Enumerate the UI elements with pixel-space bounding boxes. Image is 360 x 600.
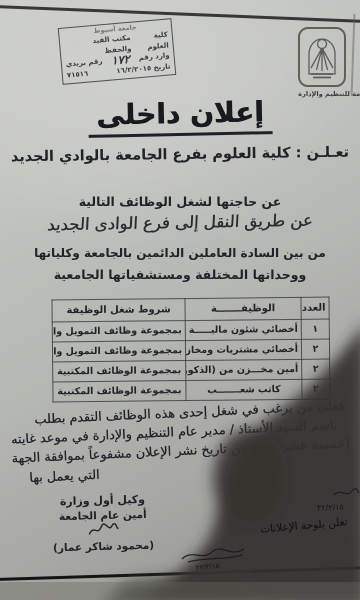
header-position: الوظيفـــــــة: [185, 297, 301, 320]
table-row: ٢ كاتب شعـــــــب بمجموعة الوظائف المكتب…: [53, 379, 330, 402]
intro-line-eligible-staff: من بين السادة العاملين الدائمين بالجامعة…: [0, 246, 360, 260]
row-position: أمين مخـــزن من (الذكور): [186, 359, 302, 380]
signature-scribble-icon: [86, 522, 120, 538]
intro-line-transfer-handwritten: عن طريق النقل إلى فرع الوادى الجديد: [0, 210, 360, 235]
row-requirement: بمجموعة الوظائف المكتبية: [53, 381, 186, 402]
table-header-row: العدد الوظيفـــــــة شروط شغل الوظيفة: [52, 297, 329, 322]
signature-block: وكيل أول وزارة أمين عام الجامعة (محمود ش…: [27, 492, 178, 555]
annotation-date: ٢٢/٢/١٥: [317, 503, 344, 513]
intro-line-need: عن حاجتها لشغل الوظائف التالية: [0, 194, 360, 209]
intro-line-units: ووحداتها المختلفة ومستشفياتها الجامعية: [0, 267, 360, 282]
row-count: ٢: [302, 359, 330, 379]
announcement-title: إعلان داخلى: [88, 95, 272, 138]
row-position: أخصائي شئون ماليـــــة: [185, 319, 301, 340]
header-count: العدد: [301, 297, 329, 319]
header-requirements: شروط شغل الوظيفة: [52, 299, 185, 322]
stamp-college-label: كلية العلوم: [130, 30, 169, 53]
photocopy-bottom-edge-line: [0, 566, 360, 581]
university-emblem-icon: [298, 27, 346, 87]
photocopy-top-edge-line: [0, 5, 360, 23]
row-count: ١: [301, 319, 329, 339]
row-count: ٢: [302, 379, 330, 399]
row-requirement: بمجموعة الوظائف المكتبية: [53, 361, 186, 382]
registry-stamp: جامعة أسيوط كلية العلوم مكتب القيد والحف…: [58, 18, 177, 85]
paper-crease-line: [351, 14, 355, 96]
closing-line-4: التي يعمل بها: [29, 468, 100, 486]
closing-paragraph-handwritten: فعلى من يرغب في شغل إحدى هذه الوظائف الت…: [10, 398, 353, 495]
row-position: أخصائي مشتريات ومخازن: [185, 339, 301, 360]
row-position: كاتب شعـــــــب: [186, 379, 302, 400]
annotation-post-note: تعلن بلوحة الإعلانات: [260, 516, 348, 536]
row-requirement: بمجموعة وظائف التمويل والمحاسبة: [52, 321, 185, 342]
edge-scribble-icon: [332, 486, 360, 500]
row-requirement: بمجموعة وظائف التمويل والمحاسبة: [52, 341, 185, 362]
vacancies-table: العدد الوظيفـــــــة شروط شغل الوظيفة ١ …: [51, 297, 330, 403]
row-count: ٢: [301, 339, 329, 359]
photographed-announcement-document: جامعة أسيوط كلية العلوم مكتب القيد والحف…: [0, 0, 360, 600]
stamp-postal-code: ٧١٥١٦: [66, 69, 88, 81]
intro-line-announcer: تعـلـن : كلية العلوم بفرع الجامعة بالواد…: [0, 144, 360, 165]
signer-name: (محمود شاكر عمار): [28, 539, 178, 555]
annotation-date-bottom: ٢٢/٢/١٥: [196, 562, 220, 572]
emblem-graphic: [303, 32, 341, 82]
signer-rank: وكيل أول وزارة: [27, 492, 177, 509]
department-caption: الإدارة العامة للتنظيم والإدارة: [282, 90, 360, 98]
